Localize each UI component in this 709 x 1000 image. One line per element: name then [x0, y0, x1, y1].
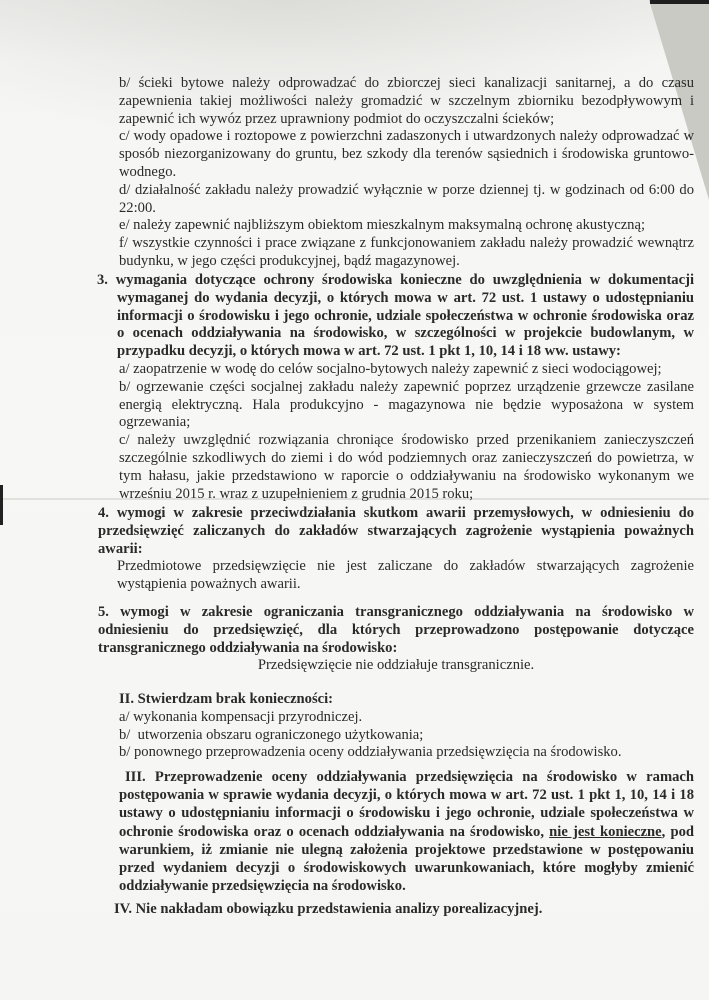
item-2f: f/ wszystkie czynności i prace związane …	[119, 235, 694, 271]
part-iii-text: III. Przeprowadzenie oceny oddziaływania…	[119, 768, 694, 895]
section-5-heading: 5. wymogi w zakresie ograniczania transg…	[98, 604, 694, 657]
section-2-continuation: b/ ścieki bytowe należy odprowadzać do z…	[119, 75, 694, 271]
section-5: 5. wymogi w zakresie ograniczania transg…	[98, 604, 694, 675]
section-3: 3. wymagania dotyczące ochrony środowisk…	[97, 272, 694, 503]
section-4-heading: 4. wymogi w zakresie przeciwdziałania sk…	[98, 505, 694, 558]
item-2b: b/ ścieki bytowe należy odprowadzać do z…	[119, 75, 694, 128]
item-2d: d/ działalność zakładu należy prowadzić …	[119, 182, 694, 218]
part-iii-emphasis: nie jest konieczne	[549, 824, 661, 840]
section-3-heading: 3. wymagania dotyczące ochrony środowisk…	[97, 272, 694, 361]
section-5-body: Przedsięwzięcie nie oddziałuje transgran…	[98, 657, 694, 675]
part-ii-item-b: b/ utworzenia obszaru ograniczonego użyt…	[119, 727, 694, 745]
section-4: 4. wymogi w zakresie przeciwdziałania sk…	[98, 505, 694, 594]
part-ii-heading: II. Stwierdzam brak konieczności:	[119, 691, 694, 709]
section-4-body: Przedmiotowe przedsięwzięcie nie jest za…	[98, 558, 694, 594]
part-ii-item-b2: b/ ponownego przeprowadzenia oceny oddzi…	[119, 744, 694, 762]
part-iv: IV. Nie nakładam obowiązku przedstawieni…	[114, 901, 694, 919]
part-iv-text: IV. Nie nakładam obowiązku przedstawieni…	[114, 901, 694, 919]
item-3a: a/ zaopatrzenie w wodę do celów socjalno…	[97, 361, 694, 379]
item-2c: c/ wody opadowe i roztopowe z powierzchn…	[119, 128, 694, 181]
item-3b: b/ ogrzewanie części socjalnej zakładu n…	[97, 379, 694, 432]
part-ii: II. Stwierdzam brak konieczności: a/ wyk…	[119, 691, 694, 762]
item-3c: c/ należy uwzględnić rozwiązania chronią…	[97, 432, 694, 503]
scanned-page: b/ ścieki bytowe należy odprowadzać do z…	[0, 0, 709, 1000]
part-iii: III. Przeprowadzenie oceny oddziaływania…	[119, 768, 694, 895]
page-edge	[650, 0, 709, 4]
item-2e: e/ należy zapewnić najbliższym obiektom …	[119, 217, 694, 235]
part-ii-item-a: a/ wykonania kompensacji przyrodniczej.	[119, 709, 694, 727]
page-edge-left	[0, 485, 3, 525]
